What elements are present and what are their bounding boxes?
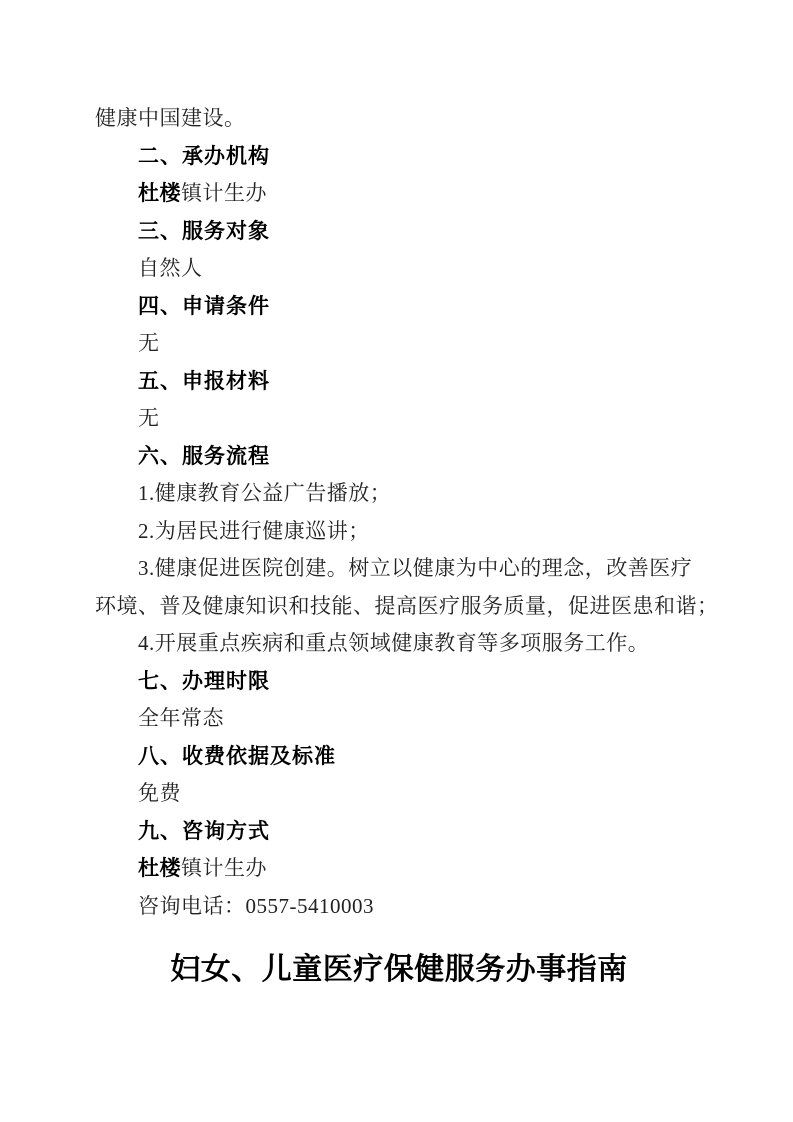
service-target-value: 自然人 (95, 250, 703, 288)
section-heading-application-conditions: 四、申请条件 (95, 288, 703, 326)
consultation-agency-value: 杜楼镇计生办 (95, 850, 703, 888)
fee-value: 免费 (95, 775, 703, 813)
consultation-phone-line: 咨询电话：0557-5410003 (95, 888, 703, 926)
document-content: 健康中国建设。 二、承办机构 杜楼镇计生办 三、服务对象 自然人 四、申请条件 … (95, 100, 703, 993)
next-guide-title: 妇女、儿童医疗保健服务办事指南 (95, 947, 703, 993)
service-process-item-3-line-2: 环境、普及健康知识和技能、提高医疗服务质量，促进医患和谐； (95, 588, 703, 626)
section-heading-consultation-method: 九、咨询方式 (95, 813, 703, 851)
application-conditions-value: 无 (95, 325, 703, 363)
section-heading-service-process: 六、服务流程 (95, 438, 703, 476)
service-process-item-2: 2.为居民进行健康巡讲； (95, 513, 703, 551)
section-heading-application-materials: 五、申报材料 (95, 363, 703, 401)
document-page: 健康中国建设。 二、承办机构 杜楼镇计生办 三、服务对象 自然人 四、申请条件 … (0, 0, 793, 1122)
consultation-agency-bold: 杜楼 (138, 857, 181, 880)
section-heading-processing-time-limit: 七、办理时限 (95, 663, 703, 701)
undertaking-agency-value: 杜楼镇计生办 (95, 175, 703, 213)
section-heading-undertaking-agency: 二、承办机构 (95, 138, 703, 176)
agency-name-bold: 杜楼 (138, 182, 181, 205)
section-heading-service-target: 三、服务对象 (95, 213, 703, 251)
processing-time-limit-value: 全年常态 (95, 700, 703, 738)
section-heading-fee-basis-standard: 八、收费依据及标准 (95, 738, 703, 776)
service-process-item-1: 1.健康教育公益广告播放； (95, 475, 703, 513)
agency-name-rest: 镇计生办 (181, 181, 267, 205)
paragraph-intro-tail: 健康中国建设。 (95, 100, 703, 138)
consultation-agency-rest: 镇计生办 (181, 856, 267, 880)
service-process-item-3-line-1: 3.健康促进医院创建。树立以健康为中心的理念，改善医疗 (95, 550, 703, 588)
service-process-item-4: 4.开展重点疾病和重点领域健康教育等多项服务工作。 (95, 625, 703, 663)
application-materials-value: 无 (95, 400, 703, 438)
